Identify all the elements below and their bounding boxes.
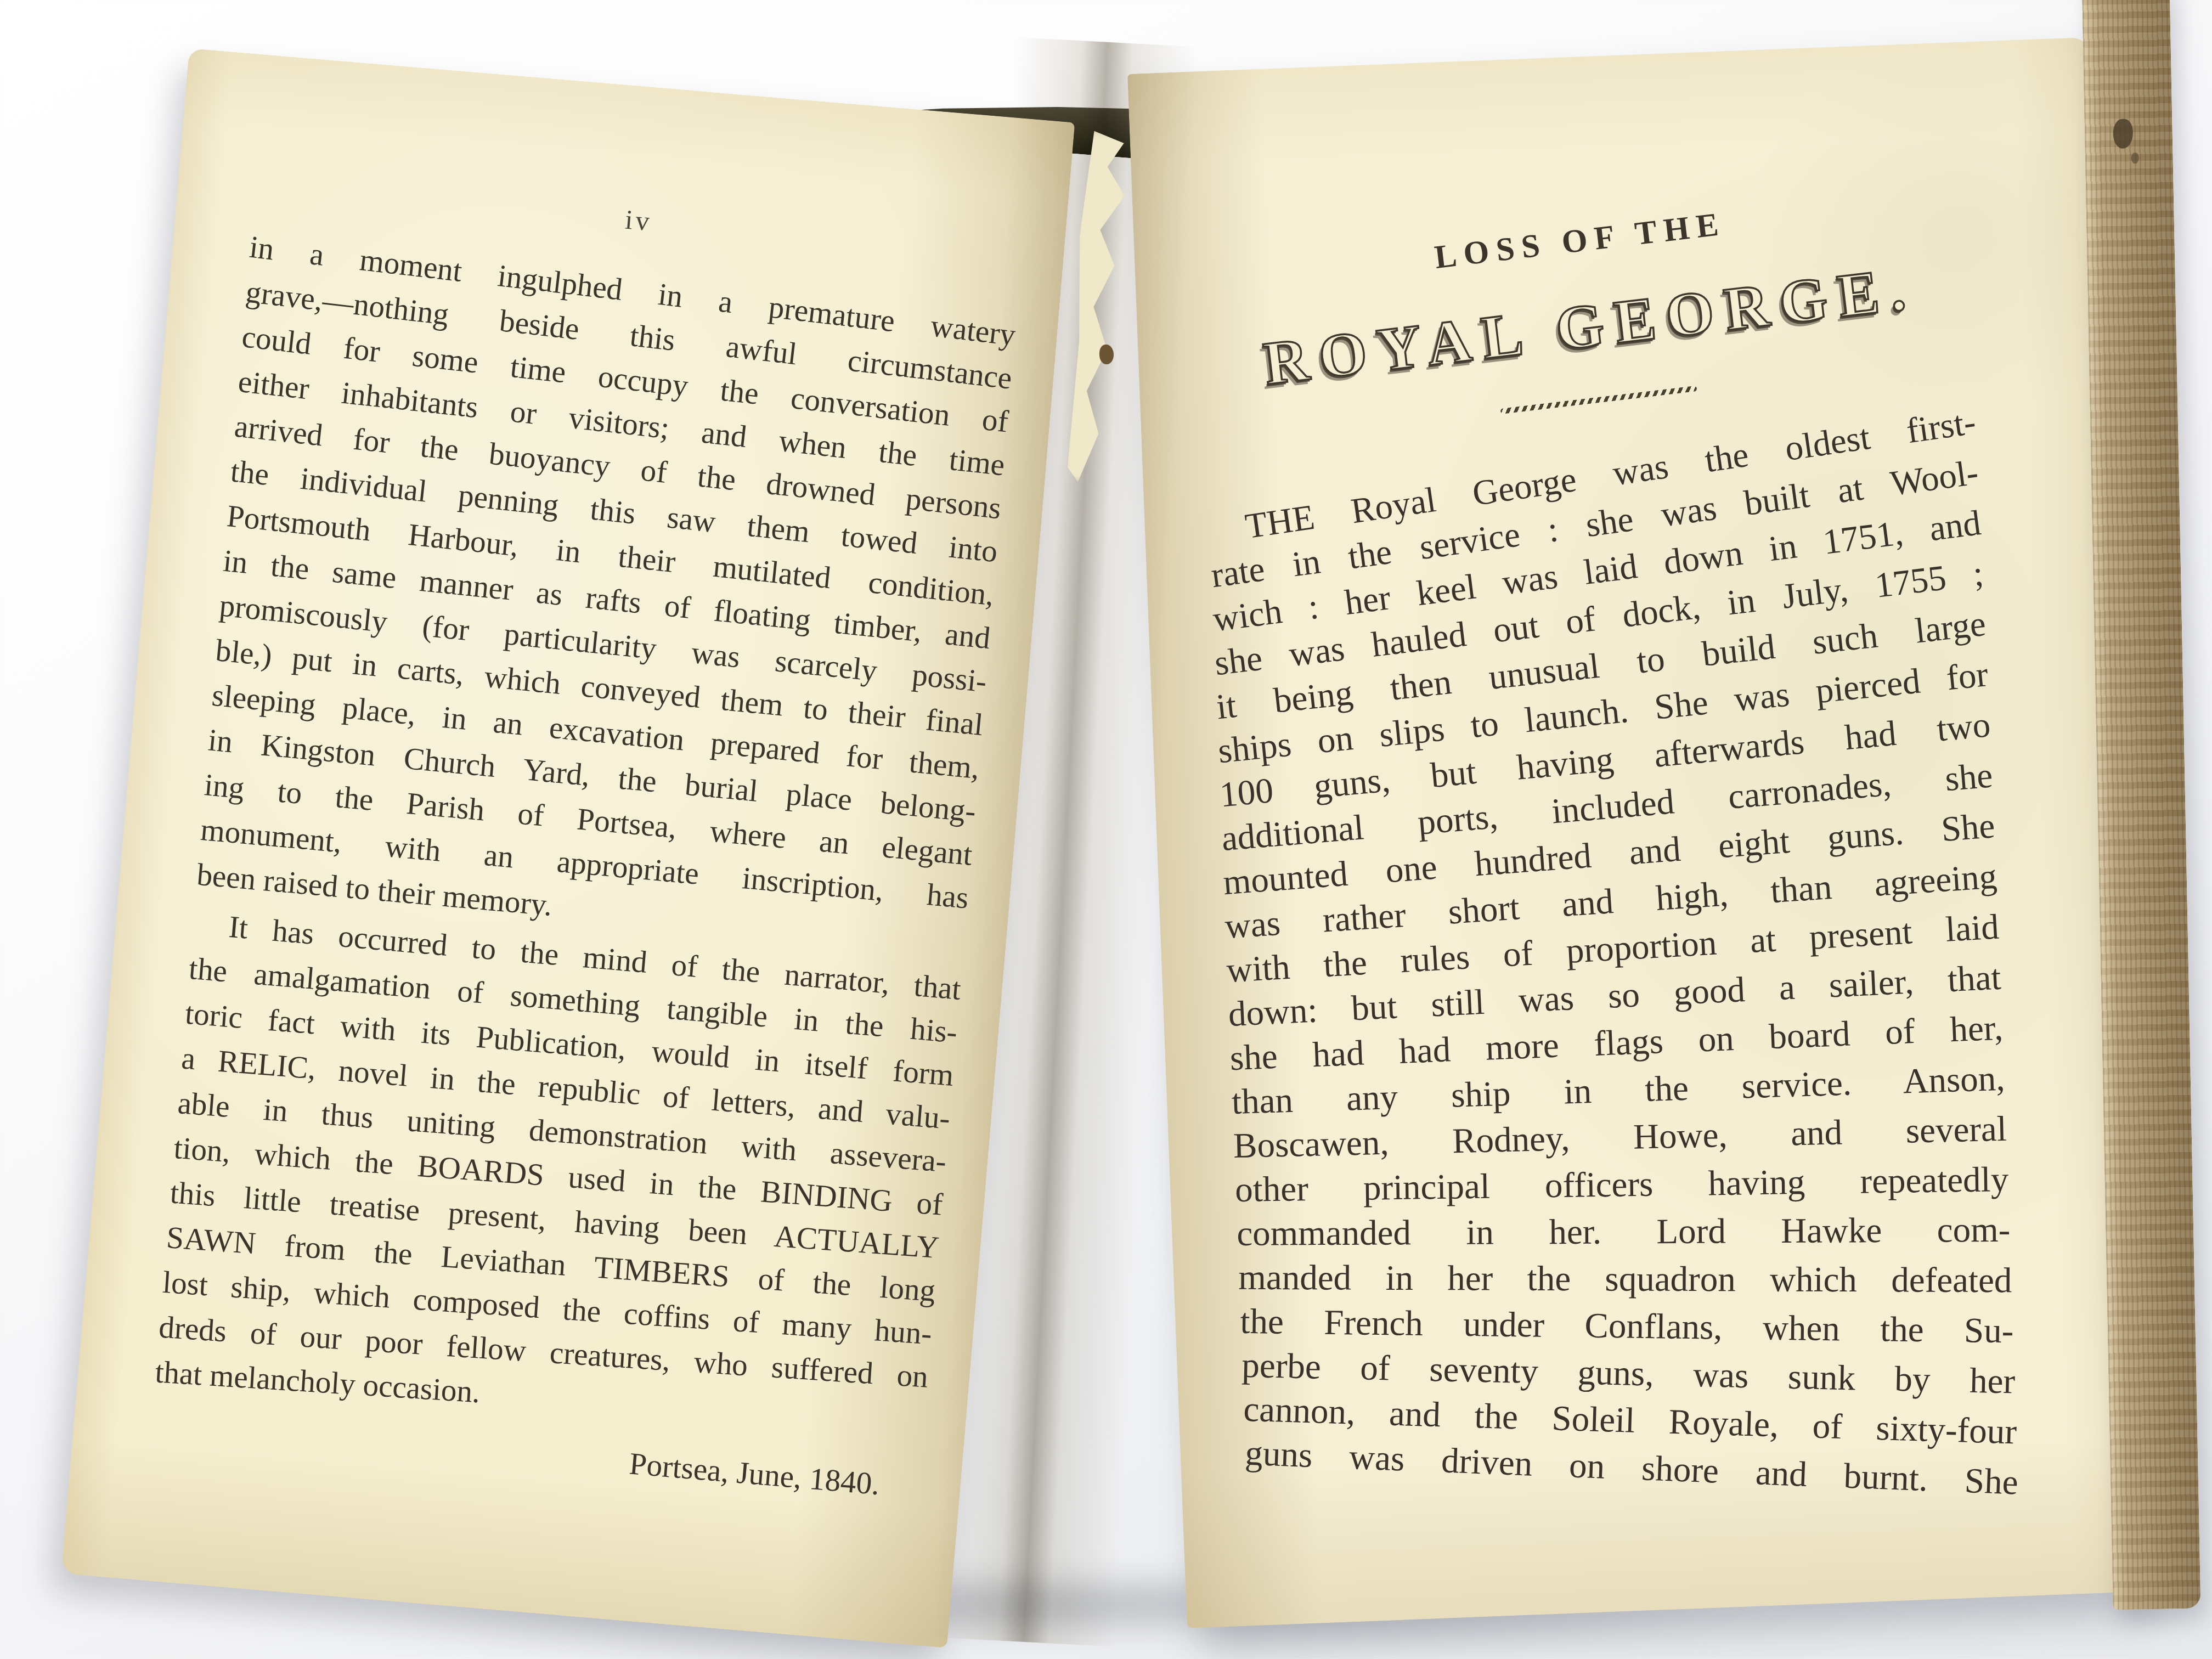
chapter-heading: LOSS OF THE ROYAL GEORGE. (1194, 177, 1983, 448)
text-line: other principal officers having repeated… (1235, 1158, 2009, 1212)
rope-ornament-icon (1500, 386, 1697, 414)
left-page: iv in a moment ingulphed in a premature … (61, 48, 1075, 1648)
right-paragraph: THE Royal George was the oldest first-ra… (1209, 481, 2019, 1475)
left-page-text-block: iv in a moment ingulphed in a premature … (149, 172, 1024, 1510)
gutter-speck (1099, 345, 1114, 364)
book-photo: iv in a moment ingulphed in a premature … (0, 0, 2212, 1659)
right-page-text-block: LOSS OF THE ROYAL GEORGE. THE Royal Geor… (1192, 42, 2019, 1475)
text-line: commanded in her. Lord Hawke com- (1237, 1208, 2010, 1256)
left-paragraph-2: It has occurred to the mind of the narra… (153, 901, 963, 1459)
edge-stain-mark-small (2131, 153, 2139, 163)
fore-edge (2081, 0, 2200, 1610)
right-page: LOSS OF THE ROYAL GEORGE. THE Royal Geor… (1127, 37, 2149, 1628)
torn-page-edge (1067, 131, 1136, 484)
left-paragraph-1: in a moment ingulphed in a premature wat… (195, 225, 1020, 962)
edge-stain-mark (2113, 119, 2133, 149)
text-line: manded in her the squadron which defeate… (1238, 1256, 2012, 1302)
text-line: the French under Conflans, when the Su- (1240, 1300, 2014, 1353)
